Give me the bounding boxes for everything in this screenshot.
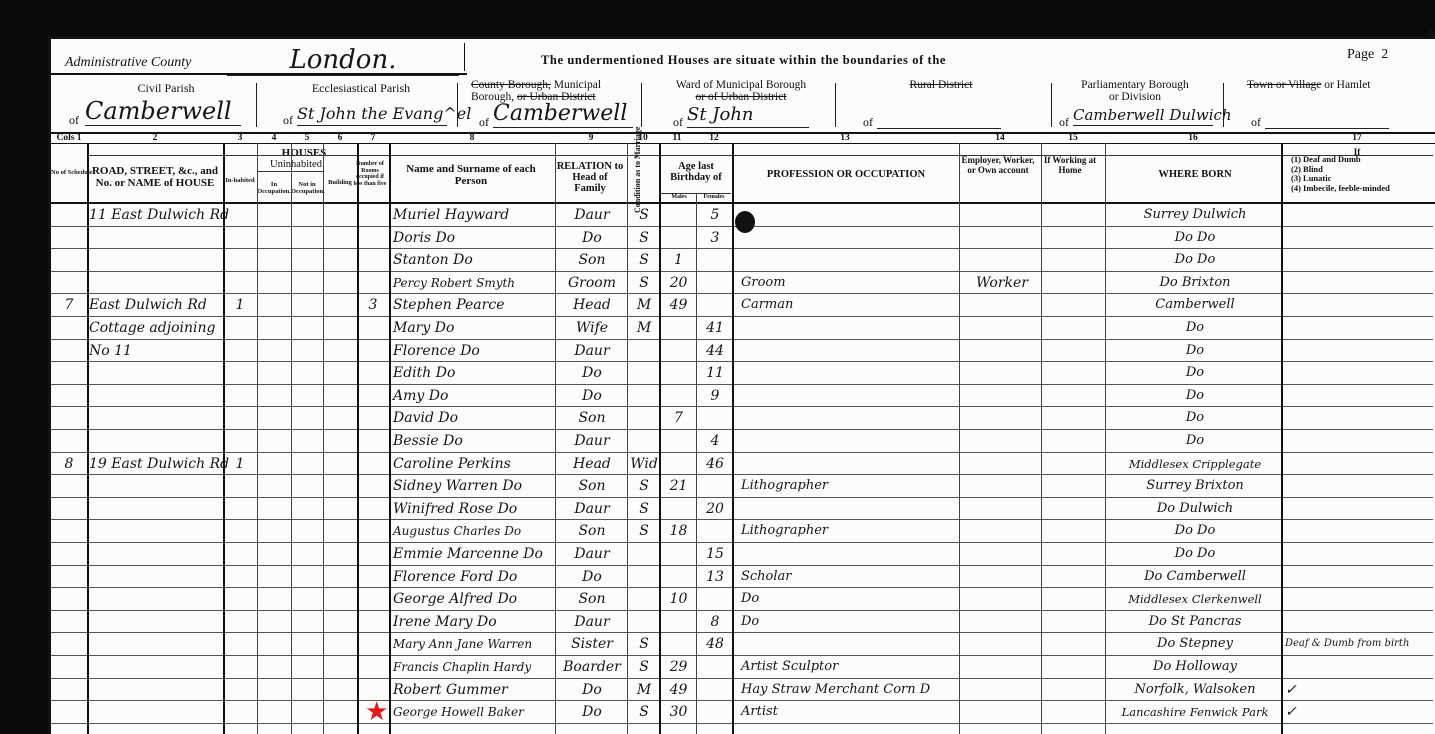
page-label: Page 2	[1347, 47, 1388, 63]
eccl-parish-value: St John the Evang^el	[297, 103, 447, 126]
ward-label: Ward of Municipal Boroughor of Urban Dis…	[651, 79, 831, 103]
cell-birthplace: Lancashire Fenwick Park	[1109, 703, 1281, 721]
cell-female-age: 48	[698, 635, 732, 653]
col-building-header: Building	[323, 179, 357, 186]
cell-birthplace: Do	[1109, 432, 1281, 450]
col-address-header: ROAD, STREET, &c., and No. or NAME of HO…	[87, 165, 223, 189]
cell-condition: S	[629, 229, 659, 247]
cell-infirmity: ✓	[1285, 681, 1433, 699]
cell-person-name: George Howell Baker	[393, 703, 555, 721]
cell-person-name: George Alfred Do	[393, 590, 555, 608]
cell-female-age: 46	[698, 455, 732, 473]
cell-address: No 11	[89, 342, 223, 360]
column-number: 12	[692, 133, 736, 143]
civil-parish-value: Camberwell	[85, 97, 241, 126]
cell-person-name: Amy Do	[393, 387, 555, 405]
cell-male-age: 21	[661, 477, 696, 495]
cell-occupation: Do	[741, 613, 959, 631]
cell-employment: Worker	[963, 274, 1041, 292]
cell-person-name: Stephen Pearce	[393, 296, 555, 314]
cell-relation: Head	[557, 455, 627, 473]
cell-relation: Son	[557, 409, 627, 427]
cell-occupation: Do	[741, 590, 959, 608]
cell-occupation: Hay Straw Merchant Corn D	[741, 681, 959, 699]
cell-relation: Daur	[557, 206, 627, 224]
col-working-home-header: If Working at Home	[1041, 155, 1099, 175]
column-number: 13	[823, 133, 867, 143]
table-row: Emmie Marcenne DoDaur15Do Do	[51, 543, 1433, 566]
cell-male-age: 29	[661, 658, 696, 676]
intro-text: The undermentioned Houses are situate wi…	[541, 53, 946, 68]
cell-birthplace: Do Camberwell	[1109, 568, 1281, 586]
cell-female-age: 8	[698, 613, 732, 631]
table-row: George Alfred DoSon10DoMiddlesex Clerken…	[51, 588, 1433, 611]
cell-relation: Do	[557, 364, 627, 382]
red-star-icon: ★	[365, 697, 388, 727]
cell-female-age: 9	[698, 387, 732, 405]
column-number: 7	[351, 133, 395, 143]
parliamentary-label: Parliamentary Boroughor Division	[1055, 79, 1215, 103]
cell-birthplace: Do	[1109, 364, 1281, 382]
cell-condition: S	[629, 658, 659, 676]
cell-person-name: Sidney Warren Do	[393, 477, 555, 495]
cell-birthplace: Do	[1109, 387, 1281, 405]
cell-person-name: Mary Ann Jane Warren	[393, 635, 555, 653]
cell-female-age: 3	[698, 229, 732, 247]
cell-person-name: Florence Ford Do	[393, 568, 555, 586]
scan-dark-border	[0, 0, 1435, 36]
cell-female-age: 13	[698, 568, 732, 586]
cell-male-age: 30	[661, 703, 696, 721]
cell-person-name: Muriel Hayward	[393, 206, 555, 224]
cell-condition: S	[629, 477, 659, 495]
cell-inhabited: 1	[223, 455, 257, 473]
table-row: Bessie DoDaur4Do	[51, 430, 1433, 453]
cell-relation: Daur	[557, 342, 627, 360]
cell-person-name: Florence Do	[393, 342, 555, 360]
cell-address: Cottage adjoining	[89, 319, 223, 337]
admin-county-value: London.	[227, 45, 459, 76]
cell-condition: Wid	[629, 455, 659, 473]
cell-female-age: 4	[698, 432, 732, 450]
cell-relation: Son	[557, 477, 627, 495]
admin-county-label: Administrative County	[65, 55, 191, 71]
col-occupation-header: PROFESSION OR OCCUPATION	[735, 169, 957, 180]
table-row: Irene Mary DoDaur8DoDo St Pancras	[51, 611, 1433, 634]
cell-address: East Dulwich Rd	[89, 296, 223, 314]
col-inhabited-header: In-habited	[223, 177, 257, 184]
cell-schedule-no: 8	[51, 455, 87, 473]
cell-occupation: Scholar	[741, 568, 959, 586]
cell-birthplace: Do Do	[1109, 251, 1281, 269]
cell-relation: Do	[557, 387, 627, 405]
cell-occupation: Artist Sculptor	[741, 658, 959, 676]
cell-birthplace: Do Stepney	[1109, 635, 1281, 653]
table-row: Percy Robert SmythGroomS20GroomWorkerDo …	[51, 272, 1433, 295]
column-number: 2	[133, 133, 177, 143]
col-schedule-header: No of Schedule	[51, 169, 85, 176]
cell-birthplace: Do	[1109, 319, 1281, 337]
cell-female-age: 41	[698, 319, 732, 337]
cell-birthplace: Do Dulwich	[1109, 500, 1281, 518]
cell-relation: Boarder	[557, 658, 627, 676]
cell-condition: M	[629, 319, 659, 337]
table-row: Amy DoDo9Do	[51, 385, 1433, 408]
cell-birthplace: Norfolk, Walsoken	[1109, 681, 1281, 699]
cell-birthplace: Do Brixton	[1109, 274, 1281, 292]
cell-male-age: 10	[661, 590, 696, 608]
cell-female-age: 20	[698, 500, 732, 518]
cell-relation: Son	[557, 522, 627, 540]
cell-relation: Do	[557, 568, 627, 586]
hamlet-label: Town or Village or Hamlet	[1247, 79, 1371, 91]
civil-parish-label: Civil Parish	[71, 81, 261, 96]
col-in-occupation-header: In Occupation.	[257, 181, 291, 195]
rural-district-label: Rural District	[841, 79, 1041, 91]
cell-person-name: David Do	[393, 409, 555, 427]
cell-person-name: Robert Gummer	[393, 681, 555, 699]
table-row: Florence Ford DoDo13ScholarDo Camberwell	[51, 566, 1433, 589]
col-houses-header: HOUSES	[239, 147, 369, 159]
cell-male-age: 49	[661, 681, 696, 699]
cell-relation: Sister	[557, 635, 627, 653]
cell-relation: Head	[557, 296, 627, 314]
col-name-header: Name and Surname of each Person	[391, 163, 551, 187]
eccl-parish-label: Ecclesiastical Parish	[261, 81, 461, 96]
cell-birthplace: Middlesex Cripplegate	[1109, 455, 1281, 473]
cell-person-name: Winifred Rose Do	[393, 500, 555, 518]
cell-birthplace: Do Holloway	[1109, 658, 1281, 676]
table-row: No 11Florence DoDaur44Do	[51, 340, 1433, 363]
cell-birthplace: Do St Pancras	[1109, 613, 1281, 631]
cell-birthplace: Do Do	[1109, 545, 1281, 563]
column-number: 8	[450, 133, 494, 143]
census-page: Administrative County London. The underm…	[48, 36, 1435, 734]
cell-relation: Do	[557, 681, 627, 699]
table-row: David DoSon7Do	[51, 407, 1433, 430]
cell-occupation: Lithographer	[741, 477, 959, 495]
cell-condition: S	[629, 522, 659, 540]
cell-person-name: Emmie Marcenne Do	[393, 545, 555, 563]
cell-birthplace: Do	[1109, 342, 1281, 360]
cell-person-name: Irene Mary Do	[393, 613, 555, 631]
cell-relation: Do	[557, 703, 627, 721]
cell-relation: Do	[557, 229, 627, 247]
cell-male-age: 18	[661, 522, 696, 540]
table-row: Cottage adjoiningMary DoWifeM41Do	[51, 317, 1433, 340]
column-number: 9	[569, 133, 613, 143]
col-males-header: Males	[661, 194, 697, 200]
cell-occupation: Lithographer	[741, 522, 959, 540]
cell-relation: Groom	[557, 274, 627, 292]
parliamentary-value: Camberwell Dulwich	[1073, 105, 1213, 126]
cell-condition: S	[629, 703, 659, 721]
cell-occupation: Carman	[741, 296, 959, 314]
municipal-borough-value: Camberwell	[493, 101, 633, 128]
ink-blot	[735, 211, 755, 233]
cell-male-age: 1	[661, 251, 696, 269]
cell-person-name: Doris Do	[393, 229, 555, 247]
cell-rooms: 3	[357, 296, 389, 314]
cell-person-name: Percy Robert Smyth	[393, 274, 555, 292]
rural-district-value	[877, 127, 1001, 129]
cell-birthplace: Do Do	[1109, 522, 1281, 540]
table-row: Winifred Rose DoDaurS20Do Dulwich	[51, 498, 1433, 521]
cell-condition: M	[629, 296, 659, 314]
cell-birthplace: Middlesex Clerkenwell	[1109, 590, 1281, 608]
cell-female-age: 15	[698, 545, 732, 563]
column-number: 15	[1051, 133, 1095, 143]
table-row: Edith DoDo11Do	[51, 362, 1433, 385]
col-not-occupation-header: Not in Occupation.	[291, 181, 323, 195]
cell-female-age: 44	[698, 342, 732, 360]
cell-relation: Wife	[557, 319, 627, 337]
cell-infirmity: Deaf & Dumb from birth	[1285, 635, 1433, 653]
cell-birthplace: Do Do	[1109, 229, 1281, 247]
cell-person-name: Francis Chaplin Hardy	[393, 658, 555, 676]
cell-male-age: 7	[661, 409, 696, 427]
table-row: 7East Dulwich Rd13Stephen PearceHeadM49C…	[51, 294, 1433, 317]
cell-female-age: 11	[698, 364, 732, 382]
table-row: Stanton DoSonS1Do Do	[51, 249, 1433, 272]
cell-relation: Daur	[557, 545, 627, 563]
hamlet-value	[1265, 127, 1389, 129]
cell-relation: Son	[557, 590, 627, 608]
col-females-header: Females	[696, 194, 732, 200]
cell-occupation: Groom	[741, 274, 959, 292]
cell-schedule-no: 7	[51, 296, 87, 314]
cell-male-age: 20	[661, 274, 696, 292]
col-employment-header: Employer, Worker, or Own account	[961, 155, 1035, 175]
cell-person-name: Augustus Charles Do	[393, 522, 555, 540]
table-row: Francis Chaplin HardyBoarderS29Artist Sc…	[51, 656, 1433, 679]
table-row: George Howell BakerDoS30ArtistLancashire…	[51, 701, 1433, 724]
cell-male-age: 49	[661, 296, 696, 314]
cell-birthplace: Surrey Dulwich	[1109, 206, 1281, 224]
cell-condition: S	[629, 274, 659, 292]
cell-infirmity: ✓	[1285, 703, 1433, 721]
column-number: 14	[978, 133, 1022, 143]
cell-address: 11 East Dulwich Rd	[89, 206, 223, 224]
table-row: Sidney Warren DoSonS21LithographerSurrey…	[51, 475, 1433, 498]
cell-relation: Son	[557, 251, 627, 269]
cell-relation: Daur	[557, 500, 627, 518]
cell-occupation: Artist	[741, 703, 959, 721]
cell-condition: S	[629, 635, 659, 653]
cell-condition: S	[629, 251, 659, 269]
page-number: 2	[1381, 47, 1388, 62]
col-where-born-header: WHERE BORN	[1111, 169, 1279, 180]
cell-condition: S	[629, 500, 659, 518]
cell-condition: S	[629, 206, 659, 224]
table-row: Augustus Charles DoSonS18LithographerDo …	[51, 520, 1433, 543]
cell-person-name: Mary Do	[393, 319, 555, 337]
cell-birthplace: Surrey Brixton	[1109, 477, 1281, 495]
table-row: Robert GummerDoM49Hay Straw Merchant Cor…	[51, 679, 1433, 702]
col-infirmity-header: (1) Deaf and Dumb(2) Blind(3) Lunatic(4)…	[1291, 155, 1431, 193]
cell-person-name: Stanton Do	[393, 251, 555, 269]
infirmity-option: (4) Imbecile, feeble-minded	[1291, 184, 1431, 194]
column-number: 16	[1171, 133, 1215, 143]
cell-person-name: Edith Do	[393, 364, 555, 382]
ward-value: St John	[687, 103, 809, 128]
table-row: Mary Ann Jane WarrenSisterS48Do StepneyD…	[51, 633, 1433, 656]
cell-condition: M	[629, 681, 659, 699]
cell-relation: Daur	[557, 613, 627, 631]
cell-person-name: Bessie Do	[393, 432, 555, 450]
col-uninhabited-header: Uninhabited	[256, 159, 336, 170]
cell-person-name: Caroline Perkins	[393, 455, 555, 473]
col-age-header: Age last Birthday of	[661, 161, 731, 183]
cell-birthplace: Camberwell	[1109, 296, 1281, 314]
municipal-borough-label: County Borough, Municipal Borough, or Ur…	[471, 79, 601, 103]
column-number: Cols 1	[47, 133, 91, 143]
cell-relation: Daur	[557, 432, 627, 450]
cell-inhabited: 1	[223, 296, 257, 314]
column-number: 17	[1335, 133, 1379, 143]
cell-address: 19 East Dulwich Rd	[89, 455, 223, 473]
cell-female-age: 5	[698, 206, 732, 224]
table-row: 819 East Dulwich Rd1Caroline PerkinsHead…	[51, 453, 1433, 476]
col-relation-header: RELATION to Head of Family	[556, 161, 624, 194]
cell-birthplace: Do	[1109, 409, 1281, 427]
